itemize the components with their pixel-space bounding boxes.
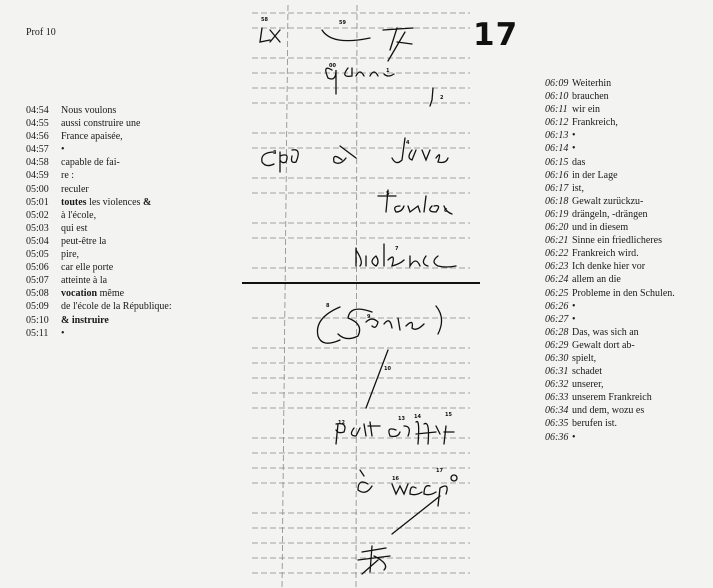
- transcript-row: 06:20und in diesem: [545, 221, 675, 234]
- transcript-row: 06:36•: [545, 431, 675, 444]
- page-number: 17: [473, 17, 518, 53]
- transcript-row: 06:33unserem Frankreich: [545, 391, 675, 404]
- transcript-text: re :: [61, 169, 74, 182]
- transcript-text: •: [61, 327, 65, 340]
- timestamp: 06:15: [545, 156, 572, 169]
- transcript-row: 06:32unserer,: [545, 378, 675, 391]
- transcript-row: 04:55aussi construire une: [26, 117, 172, 130]
- transcript-text: Weiterhin: [572, 77, 611, 90]
- transcript-row: 06:19drängeln, -drängen: [545, 208, 675, 221]
- transcript-text: Sinne ein friedlicheres: [572, 234, 662, 247]
- transcript-row: 06:12Frankreich,: [545, 116, 675, 129]
- transcript-row: 04:56France apaisée,: [26, 130, 172, 143]
- transcript-row: 05:06car elle porte: [26, 261, 172, 274]
- transcript-row: 06:23Ich denke hier vor: [545, 260, 675, 273]
- transcript-row: 05:07atteinte à la: [26, 274, 172, 287]
- transcript-row: 06:31schadet: [545, 365, 675, 378]
- timestamp: 06:12: [545, 116, 572, 129]
- transcript-text: Frankreich wird.: [572, 247, 639, 260]
- transcript-text: •: [572, 431, 576, 444]
- transcript-row: 05:01toutes les violences &: [26, 196, 172, 209]
- svg-text:13: 13: [398, 416, 405, 422]
- timestamp: 06:31: [545, 365, 572, 378]
- transcript-text: Probleme in den Schulen.: [572, 287, 675, 300]
- transcript-row: 05:02à l'école,: [26, 209, 172, 222]
- transcript-row: 06:21Sinne ein friedlicheres: [545, 234, 675, 247]
- timestamp: 06:22: [545, 247, 572, 260]
- timestamp: 05:09: [26, 300, 61, 313]
- transcript-text: unserem Frankreich: [572, 391, 652, 404]
- timestamp: 06:19: [545, 208, 572, 221]
- timestamp: 05:08: [26, 287, 61, 300]
- svg-text:1: 1: [386, 68, 390, 74]
- german-transcript: 06:09Weiterhin06:10brauchen06:11wir ein0…: [545, 77, 675, 444]
- transcript-row: 06:34und dem, wozu es: [545, 404, 675, 417]
- svg-text:12: 12: [338, 420, 345, 426]
- transcript-text: Gewalt zurückzu-: [572, 195, 643, 208]
- french-transcript: 04:54Nous voulons04:55aussi construire u…: [26, 104, 172, 340]
- timestamp: 06:35: [545, 417, 572, 430]
- transcript-text: reculer: [61, 183, 89, 196]
- transcript-text: ist,: [572, 182, 584, 195]
- timestamp: 05:03: [26, 222, 61, 235]
- transcript-text: Gewalt dort ab-: [572, 339, 635, 352]
- transcript-row: 06:09Weiterhin: [545, 77, 675, 90]
- timestamp: 06:24: [545, 273, 572, 286]
- transcript-text: brauchen: [572, 90, 609, 103]
- svg-text:17: 17: [436, 468, 443, 474]
- transcript-text: aussi construire une: [61, 117, 140, 130]
- svg-text:5: 5: [386, 191, 390, 197]
- timestamp: 06:18: [545, 195, 572, 208]
- svg-text:58: 58: [261, 17, 268, 23]
- timestamp: 05:06: [26, 261, 61, 274]
- transcript-text: atteinte à la: [61, 274, 107, 287]
- transcript-text: toutes les violences &: [61, 196, 151, 209]
- transcript-text: Das, was sich an: [572, 326, 639, 339]
- transcript-text: peut-être la: [61, 235, 106, 248]
- timestamp: 06:23: [545, 260, 572, 273]
- transcript-text: und dem, wozu es: [572, 404, 644, 417]
- transcript-row: 05:04peut-être la: [26, 235, 172, 248]
- transcript-text: de l'école de la République:: [61, 300, 172, 313]
- timestamp: 06:28: [545, 326, 572, 339]
- timestamp: 06:26: [545, 300, 572, 313]
- transcript-row: 06:28Das, was sich an: [545, 326, 675, 339]
- transcript-text: France apaisée,: [61, 130, 123, 143]
- transcript-text: •: [572, 313, 576, 326]
- transcript-row: 04:54Nous voulons: [26, 104, 172, 117]
- timestamp: 06:21: [545, 234, 572, 247]
- timestamp: 06:09: [545, 77, 572, 90]
- timestamp: 04:55: [26, 117, 61, 130]
- transcript-text: wir ein: [572, 103, 600, 116]
- timestamp: 04:54: [26, 104, 61, 117]
- timestamp: 05:07: [26, 274, 61, 287]
- transcript-row: 05:03qui est: [26, 222, 172, 235]
- timestamp: 06:29: [545, 339, 572, 352]
- transcript-text: •: [61, 143, 65, 156]
- timestamp: 04:59: [26, 169, 61, 182]
- timestamp: 06:36: [545, 431, 572, 444]
- transcript-row: 06:30spielt,: [545, 352, 675, 365]
- timestamp: 05:05: [26, 248, 61, 261]
- timestamp: 06:16: [545, 169, 572, 182]
- timestamp: 06:30: [545, 352, 572, 365]
- transcript-row: 05:05pire,: [26, 248, 172, 261]
- timestamp: 06:13: [545, 129, 572, 142]
- svg-text:59: 59: [339, 20, 346, 26]
- svg-text:10: 10: [384, 366, 391, 372]
- timestamp: 06:25: [545, 287, 572, 300]
- transcript-text: capable de fai-: [61, 156, 120, 169]
- transcript-row: 06:11wir ein: [545, 103, 675, 116]
- timestamp: 06:11: [545, 103, 572, 116]
- timestamp: 04:57: [26, 143, 61, 156]
- transcript-text: Nous voulons: [61, 104, 116, 117]
- handwritten-notepad: 58 59 00 1 2 3 4 5 6 7 8 9 10 12 13 14 1…: [240, 0, 530, 588]
- transcript-row: 06:18Gewalt zurückzu-: [545, 195, 675, 208]
- transcript-row: 05:00reculer: [26, 183, 172, 196]
- svg-text:2: 2: [440, 95, 444, 101]
- transcript-row: 06:25Probleme in den Schulen.: [545, 287, 675, 300]
- transcript-row: 06:22Frankreich wird.: [545, 247, 675, 260]
- transcript-text: drängeln, -drängen: [572, 208, 648, 221]
- transcript-text: unserer,: [572, 378, 604, 391]
- notepad-drawing: 58 59 00 1 2 3 4 5 6 7 8 9 10 12 13 14 1…: [240, 0, 530, 588]
- timestamp: 06:33: [545, 391, 572, 404]
- timestamp: 06:20: [545, 221, 572, 234]
- timestamp: 05:02: [26, 209, 61, 222]
- transcript-text: car elle porte: [61, 261, 113, 274]
- transcript-row: 06:29Gewalt dort ab-: [545, 339, 675, 352]
- svg-text:14: 14: [414, 414, 421, 420]
- transcript-row: 06:15das: [545, 156, 675, 169]
- transcript-row: 04:59re :: [26, 169, 172, 182]
- transcript-text: und in diesem: [572, 221, 628, 234]
- svg-text:4: 4: [406, 140, 410, 146]
- transcript-text: à l'école,: [61, 209, 96, 222]
- transcript-text: allem an die: [572, 273, 621, 286]
- svg-text:8: 8: [326, 303, 330, 309]
- transcript-text: das: [572, 156, 585, 169]
- transcript-row: 06:27•: [545, 313, 675, 326]
- svg-text:7: 7: [395, 246, 399, 252]
- transcript-row: 06:24allem an die: [545, 273, 675, 286]
- transcript-row: 06:13•: [545, 129, 675, 142]
- timestamp: 06:32: [545, 378, 572, 391]
- transcript-row: 05:11•: [26, 327, 172, 340]
- transcript-row: 04:57•: [26, 143, 172, 156]
- svg-text:15: 15: [445, 412, 452, 418]
- transcript-text: vocation même: [61, 287, 124, 300]
- timestamp: 06:34: [545, 404, 572, 417]
- transcript-row: 06:26•: [545, 300, 675, 313]
- timestamp: 06:17: [545, 182, 572, 195]
- page-label: Prof 10: [26, 27, 56, 38]
- transcript-text: & instruire: [61, 314, 109, 327]
- transcript-text: schadet: [572, 365, 602, 378]
- svg-text:16: 16: [392, 476, 399, 482]
- svg-text:9: 9: [367, 314, 371, 320]
- transcript-text: spielt,: [572, 352, 596, 365]
- timestamp: 05:11: [26, 327, 61, 340]
- transcript-text: in der Lage: [572, 169, 618, 182]
- timestamp: 06:14: [545, 142, 572, 155]
- timestamp: 06:27: [545, 313, 572, 326]
- transcript-text: •: [572, 300, 576, 313]
- transcript-text: berufen ist.: [572, 417, 617, 430]
- transcript-row: 05:08vocation même: [26, 287, 172, 300]
- timestamp: 04:58: [26, 156, 61, 169]
- timestamp: 06:10: [545, 90, 572, 103]
- transcript-text: pire,: [61, 248, 79, 261]
- transcript-row: 05:09de l'école de la République:: [26, 300, 172, 313]
- transcript-text: •: [572, 142, 576, 155]
- transcript-row: 06:17ist,: [545, 182, 675, 195]
- timestamp: 05:04: [26, 235, 61, 248]
- timestamp: 05:10: [26, 314, 61, 327]
- transcript-row: 06:10brauchen: [545, 90, 675, 103]
- transcript-row: 04:58capable de fai-: [26, 156, 172, 169]
- transcript-row: 05:10& instruire: [26, 314, 172, 327]
- transcript-text: •: [572, 129, 576, 142]
- timestamp: 05:00: [26, 183, 61, 196]
- transcript-row: 06:16in der Lage: [545, 169, 675, 182]
- transcript-text: Frankreich,: [572, 116, 618, 129]
- timestamp: 04:56: [26, 130, 61, 143]
- transcript-row: 06:35berufen ist.: [545, 417, 675, 430]
- transcript-text: qui est: [61, 222, 87, 235]
- transcript-row: 06:14•: [545, 142, 675, 155]
- svg-text:00: 00: [329, 63, 336, 69]
- svg-text:6: 6: [444, 208, 448, 214]
- transcript-text: Ich denke hier vor: [572, 260, 645, 273]
- svg-text:3: 3: [273, 150, 277, 156]
- timestamp: 05:01: [26, 196, 61, 209]
